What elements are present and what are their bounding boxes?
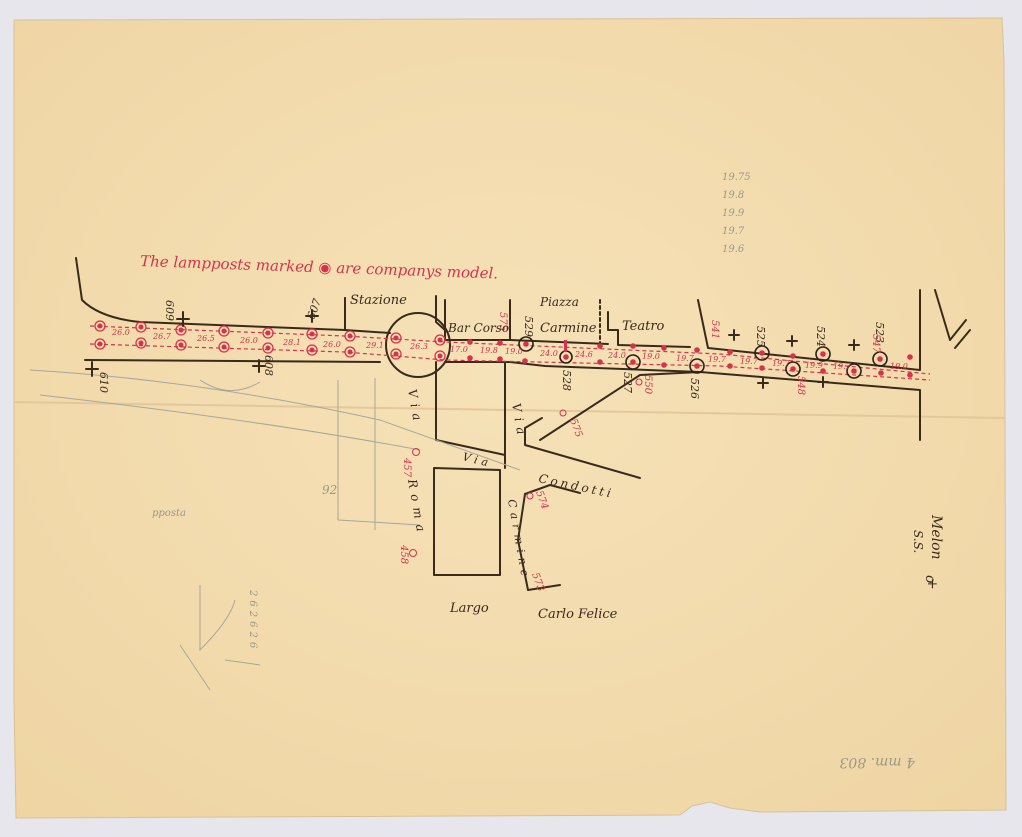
svg-text:26.3: 26.3: [409, 342, 428, 351]
svg-text:19.8: 19.8: [722, 190, 744, 201]
svg-text:458: 458: [398, 544, 409, 564]
svg-text:19.6: 19.6: [722, 244, 745, 255]
svg-text:541: 541: [709, 320, 720, 339]
block-number: 92: [322, 483, 337, 497]
svg-text:Melon: Melon: [928, 514, 944, 560]
svg-text:610: 610: [97, 372, 110, 393]
faint-word: pposta: [152, 508, 186, 519]
lamppost: [497, 340, 503, 346]
label-largo: Largo: [449, 601, 489, 616]
svg-text:19.0: 19.0: [505, 347, 523, 356]
sketch-numbers: 262626: [247, 589, 258, 652]
svg-text:608: 608: [262, 355, 275, 376]
svg-text:19.9: 19.9: [722, 208, 745, 219]
svg-text:19.7: 19.7: [676, 354, 695, 363]
svg-text:S.S.: S.S.: [911, 530, 925, 553]
svg-text:524: 524: [814, 326, 827, 347]
svg-text:26.0: 26.0: [111, 328, 130, 337]
svg-text:526: 526: [688, 378, 701, 399]
label-stazione: Stazione: [350, 293, 407, 308]
svg-text:24.0: 24.0: [607, 351, 626, 360]
svg-text:19.0: 19.0: [642, 352, 660, 361]
svg-text:547: 547: [870, 334, 881, 354]
svg-text:19.7: 19.7: [708, 355, 727, 364]
svg-text:609: 609: [163, 300, 176, 321]
svg-text:19.8: 19.8: [480, 346, 498, 355]
svg-text:550: 550: [642, 375, 653, 395]
svg-text:19.7: 19.7: [833, 362, 852, 371]
svg-text:19.7: 19.7: [740, 357, 759, 366]
svg-text:o: o: [922, 575, 938, 583]
lamppost: [467, 339, 473, 345]
svg-text:19.7: 19.7: [772, 359, 791, 368]
svg-text:529: 529: [522, 316, 535, 337]
svg-text:26.0: 26.0: [322, 340, 341, 349]
svg-text:26.5: 26.5: [196, 334, 215, 343]
svg-text:528: 528: [560, 370, 573, 391]
svg-text:24.0: 24.0: [539, 349, 558, 358]
svg-text:19.9: 19.9: [805, 361, 823, 370]
svg-text:19.0: 19.0: [890, 362, 908, 371]
svg-text:29.1: 29.1: [365, 341, 384, 350]
svg-text:28.1: 28.1: [282, 338, 301, 347]
label-carmine: Carmine: [540, 321, 597, 336]
svg-text:26.0: 26.0: [239, 336, 258, 345]
archive-reference: 4 mm. 803: [839, 754, 916, 770]
label-carlo-felice: Carlo Felice: [538, 607, 618, 622]
svg-text:24.6: 24.6: [574, 350, 593, 359]
map-scan: The lampposts marked ◉ are companys mode…: [0, 0, 1022, 837]
lamppost: [497, 356, 503, 362]
svg-text:17.0: 17.0: [450, 345, 468, 354]
svg-text:525: 525: [754, 326, 767, 347]
svg-text:457: 457: [401, 457, 412, 478]
svg-text:548: 548: [795, 376, 806, 395]
label-teatro: Teatro: [622, 319, 665, 334]
lamppost: [467, 355, 473, 361]
label-piazza: Piazza: [539, 295, 579, 309]
svg-text:19.75: 19.75: [722, 172, 751, 183]
label-bar-corso: Bar Corso: [447, 321, 509, 335]
svg-text:26.7: 26.7: [152, 332, 172, 341]
map-canvas: The lampposts marked ◉ are companys mode…: [0, 0, 1022, 837]
svg-text:19.7: 19.7: [722, 226, 745, 237]
svg-text:527: 527: [621, 372, 634, 393]
paper-sheet: [14, 18, 1006, 818]
